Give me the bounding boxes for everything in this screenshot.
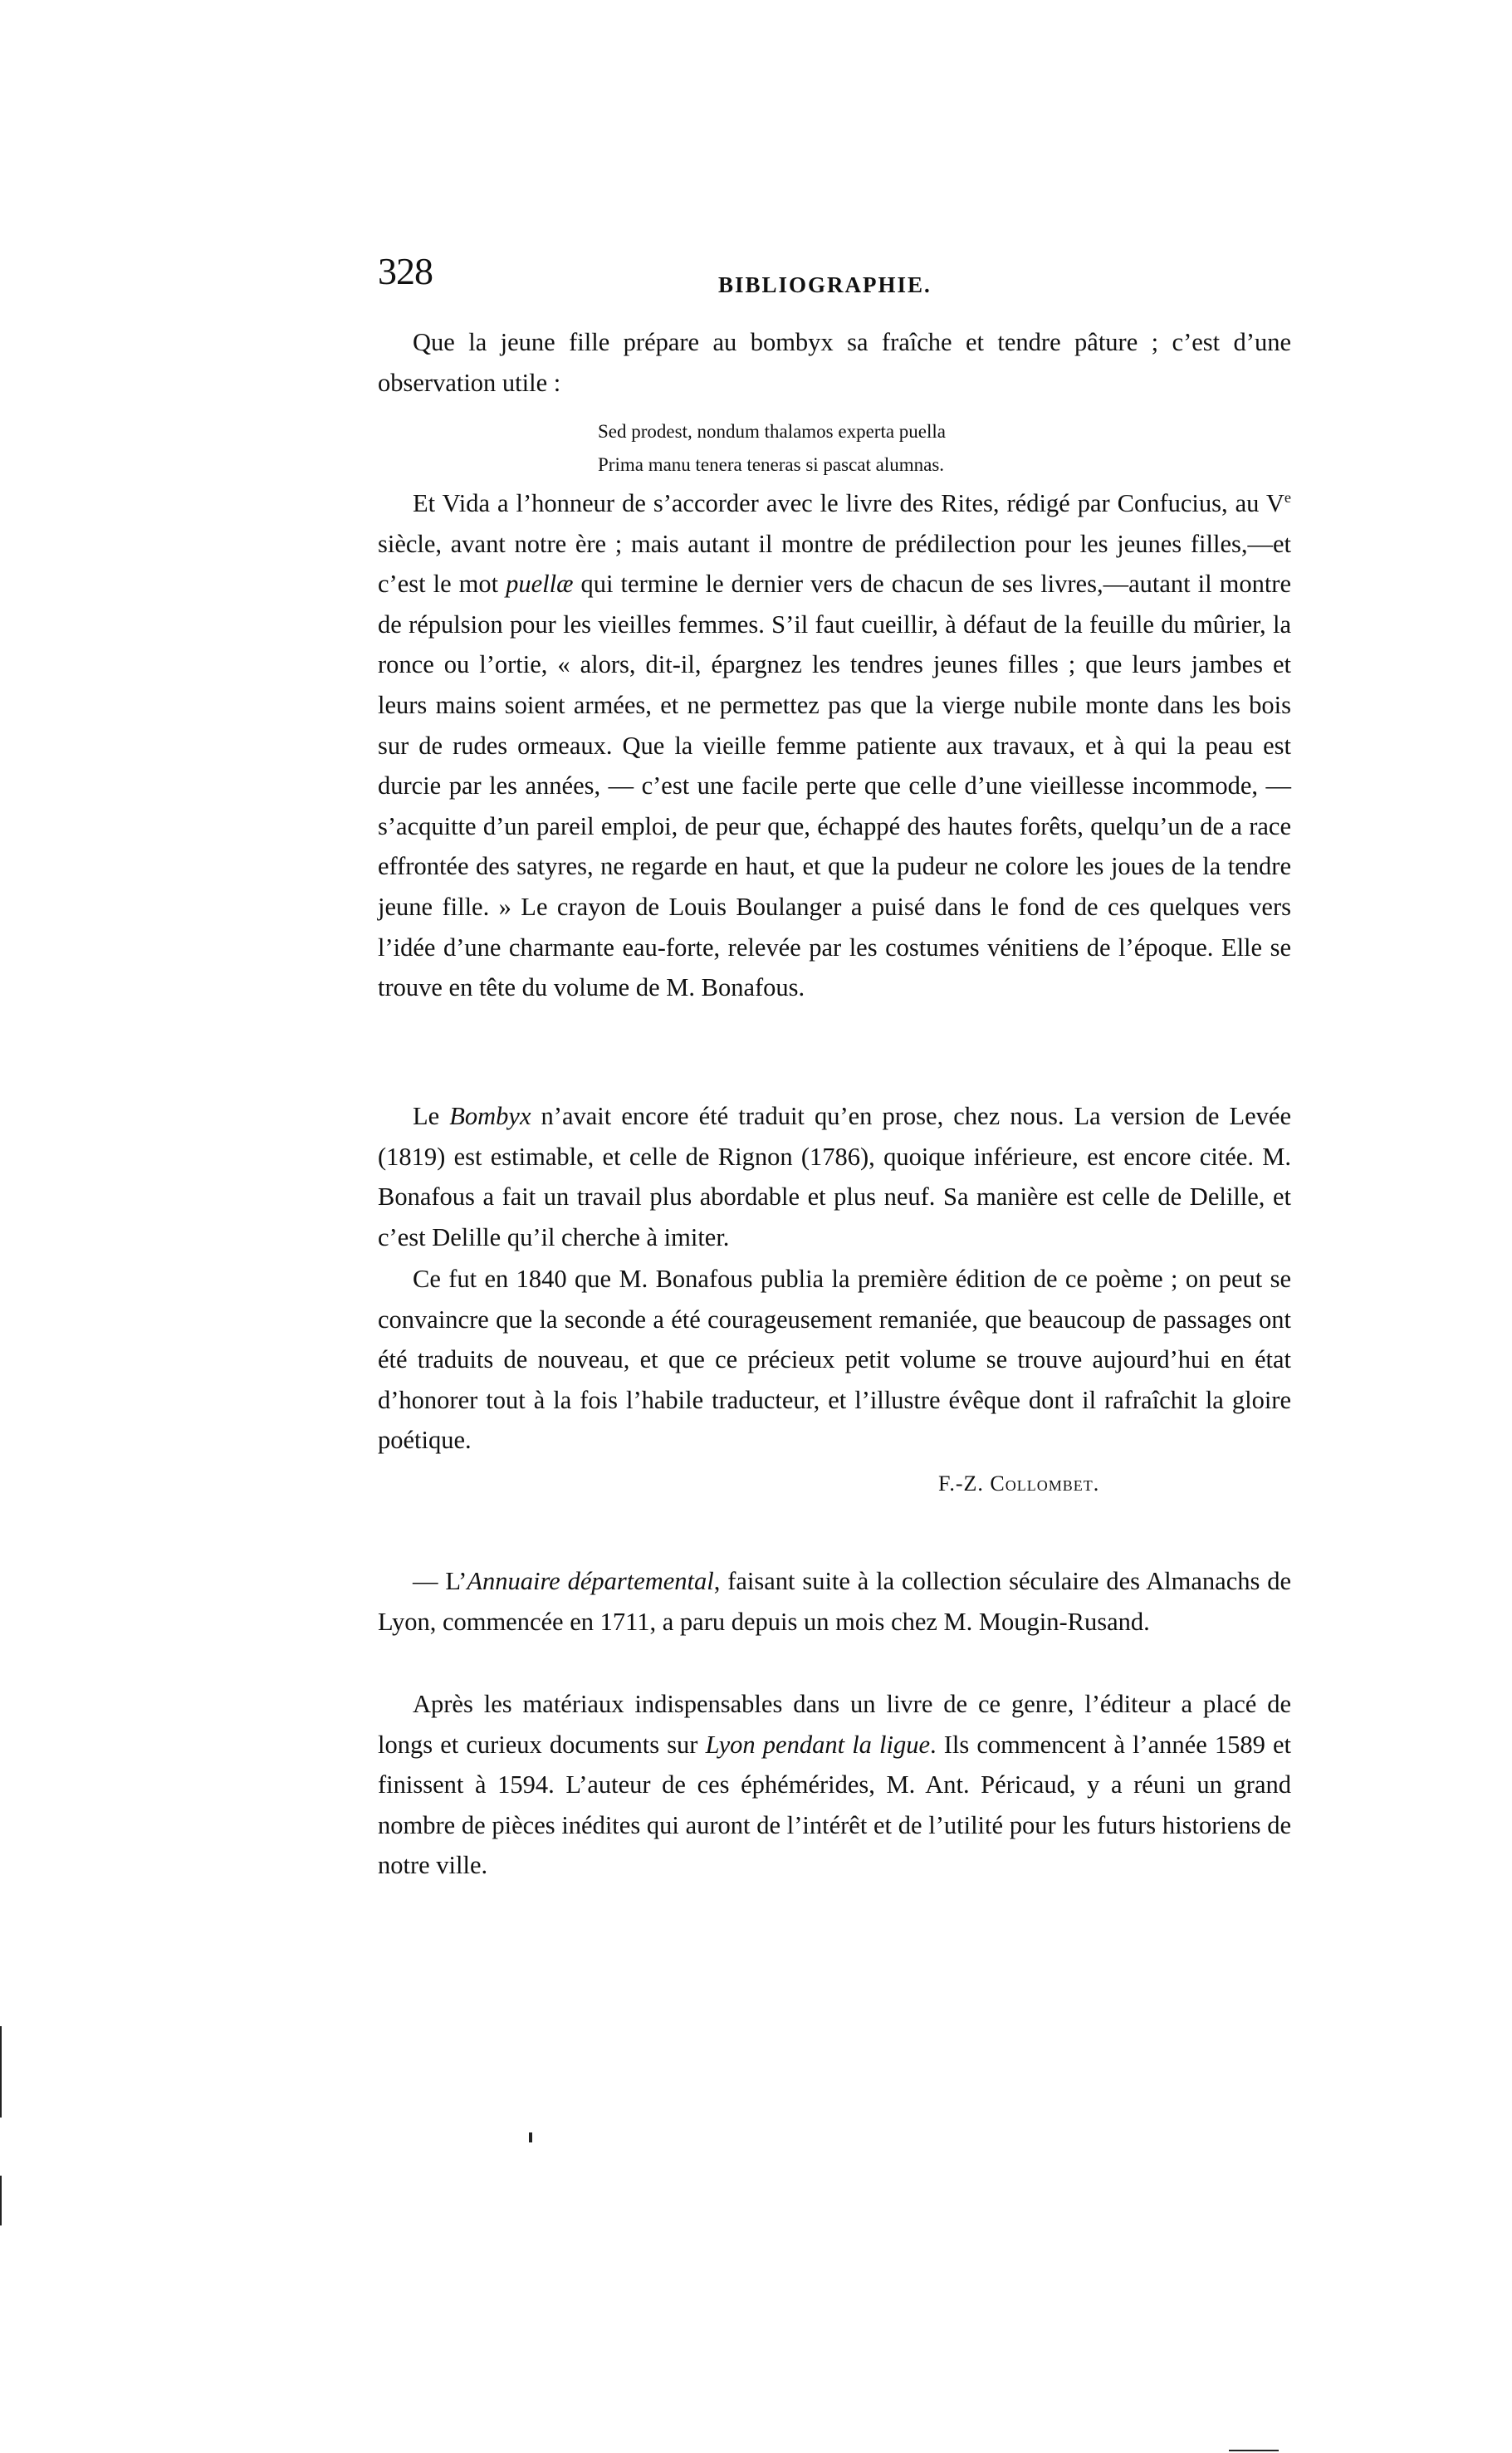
latin-verse: Sed prodest, nondum thalamos experta pue…	[598, 415, 946, 482]
body-paragraph-edition: Ce fut en 1840 que M. Bonafous publia la…	[378, 1259, 1291, 1461]
author-signature: F.-Z. Collombet.	[938, 1471, 1099, 1496]
verse-line-2: Prima manu tenera teneras si pascat alum…	[598, 448, 946, 482]
text-run: Le	[413, 1102, 449, 1130]
signature-name: Collombet.	[990, 1471, 1099, 1496]
italic-term: puellæ	[506, 570, 573, 598]
scan-speck	[529, 2132, 532, 2142]
signature-initials: F.-Z.	[938, 1471, 990, 1496]
superscript: e	[1284, 489, 1291, 506]
body-paragraph-bombyx: Le Bombyx n’avait encore été traduit qu’…	[378, 1096, 1291, 1257]
scan-edge-mark	[0, 2176, 2, 2225]
text-run: — L’	[413, 1567, 467, 1595]
page-number: 328	[378, 249, 433, 293]
page-header: 328 BIBLIOGRAPHIE.	[378, 249, 1291, 307]
text-run: qui termine le dernier vers de chacun de…	[378, 570, 1291, 1001]
italic-title: Annuaire départemental	[467, 1567, 713, 1595]
body-paragraph-vida: Et Vida a l’honneur de s’accorder avec l…	[378, 483, 1291, 1008]
text-run: Et Vida a l’honneur de s’accorder avec l…	[413, 489, 1284, 517]
scan-edge-mark	[0, 2026, 2, 2118]
paragraph-4: — L’Annuaire départemental, faisant suit…	[378, 1561, 1291, 1642]
italic-title: Lyon pendant la ligue	[706, 1731, 930, 1759]
paragraph-2: Le Bombyx n’avait encore été traduit qu’…	[378, 1096, 1291, 1257]
paragraph-1: Et Vida a l’honneur de s’accorder avec l…	[378, 483, 1291, 1008]
body-paragraph-annuaire: — L’Annuaire départemental, faisant suit…	[378, 1561, 1291, 1642]
running-title: BIBLIOGRAPHIE.	[718, 272, 932, 298]
paragraph-3: Ce fut en 1840 que M. Bonafous publia la…	[378, 1259, 1291, 1461]
italic-title: Bombyx	[449, 1102, 531, 1130]
scan-edge-mark	[1229, 2450, 1279, 2451]
paragraph-5: Après les matériaux indispensables dans …	[378, 1684, 1291, 1886]
verse-line-1: Sed prodest, nondum thalamos experta pue…	[598, 415, 946, 448]
intro-text: Que la jeune fille prépare au bombyx sa …	[378, 322, 1291, 403]
intro-paragraph: Que la jeune fille prépare au bombyx sa …	[378, 322, 1291, 403]
scanned-book-page: 328 BIBLIOGRAPHIE. Que la jeune fille pr…	[0, 0, 1512, 2453]
body-paragraph-ligue: Après les matériaux indispensables dans …	[378, 1684, 1291, 1886]
